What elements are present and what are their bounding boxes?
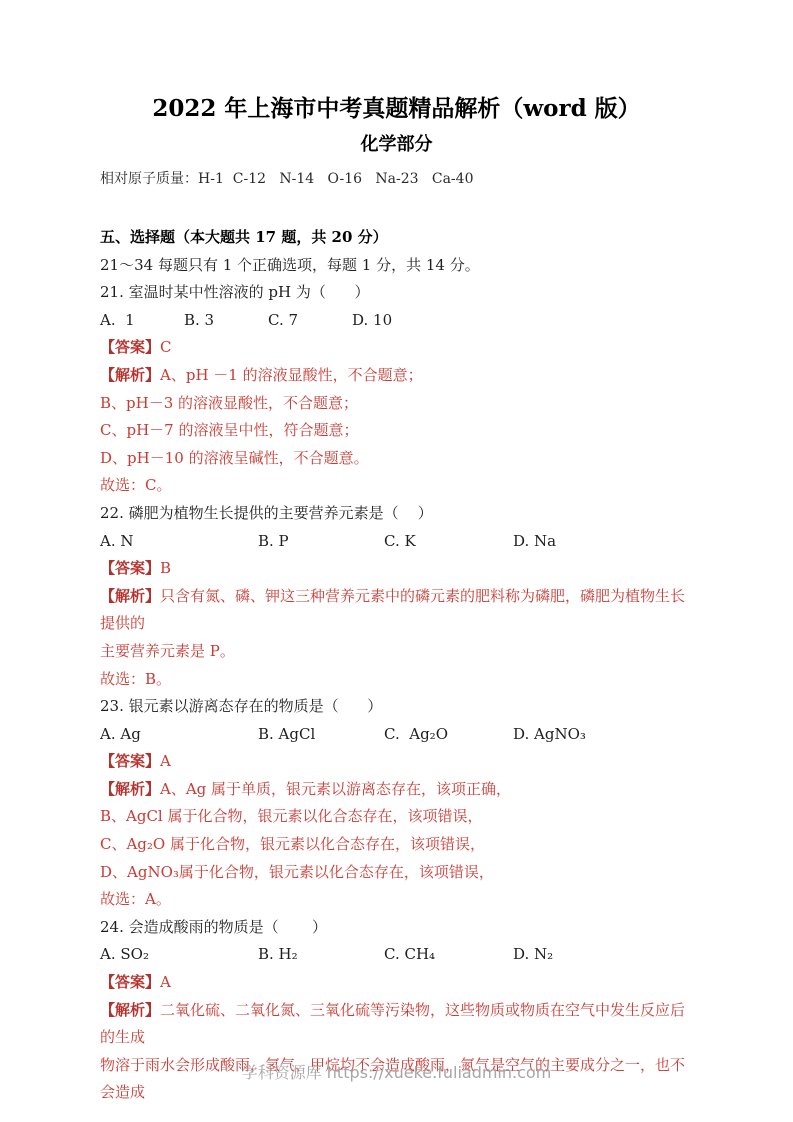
- analysis-label: 【解析】: [100, 587, 160, 605]
- option-b: B. 3: [184, 307, 268, 335]
- options-row: A. SO₂ B. H₂ C. CH₄ D. N₂: [100, 941, 693, 969]
- option-a: A. Ag: [100, 721, 258, 749]
- question-stem: 23. 银元素以游离态存在的物质是（ ）: [100, 693, 693, 721]
- answer-value: A: [160, 752, 171, 770]
- answer-line: 【答案】A: [100, 969, 693, 997]
- options-row: A. N B. P C. K D. Na: [100, 528, 693, 556]
- analysis-line: B、pH－3 的溶液显酸性，不合题意；: [100, 390, 693, 418]
- document-subtitle: 化学部分: [100, 126, 693, 164]
- answer-label: 【答案】: [100, 559, 160, 577]
- answer-value: B: [160, 559, 171, 577]
- analysis-line: 主要营养元素是 P。: [100, 638, 693, 666]
- question-22: 22. 磷肥为植物生长提供的主要营养元素是（ ） A. N B. P C. K …: [100, 500, 693, 693]
- atomic-mass-line: 相对原子质量：H-1 C-12 N-14 O-16 Na-23 Ca-40: [100, 164, 693, 194]
- analysis-line: 【解析】A、pH －1 的溶液显酸性，不合题意；: [100, 362, 693, 390]
- answer-label: 【答案】: [100, 752, 160, 770]
- answer-line: 【答案】B: [100, 555, 693, 583]
- answer-value: A: [160, 973, 171, 991]
- question-stem: 21. 室温时某中性溶液的 pH 为（ ）: [100, 279, 693, 307]
- option-d: D. AgNO₃: [513, 721, 586, 749]
- question-23: 23. 银元素以游离态存在的物质是（ ） A. Ag B. AgCl C. Ag…: [100, 693, 693, 914]
- options-row: A. Ag B. AgCl C. Ag₂O D. AgNO₃: [100, 721, 693, 749]
- option-a: A. SO₂: [100, 941, 258, 969]
- analysis-line: D、AgNO₃属于化合物，银元素以化合态存在，该项错误，: [100, 859, 693, 887]
- document-page: 2022 年上海市中考真题精品解析（word 版） 化学部分 相对原子质量：H-…: [0, 0, 793, 1107]
- conclusion-line: 故选：A。: [100, 886, 693, 914]
- answer-line: 【答案】C: [100, 334, 693, 362]
- analysis-text: A、Ag 属于单质，银元素以游离态存在，该项正确，: [160, 780, 511, 798]
- answer-value: C: [160, 338, 171, 356]
- analysis-text: 二氧化硫、二氧化氮、三氧化硫等污染物，这些物质或物质在空气中发生反应后的生成: [100, 1001, 685, 1047]
- option-a: A. N: [100, 528, 258, 556]
- option-c: C. Ag₂O: [384, 721, 513, 749]
- section-header: 五、选择题（本大题共 17 题，共 20 分）: [100, 224, 693, 252]
- option-c: C. CH₄: [384, 941, 513, 969]
- analysis-text: A、pH －1 的溶液显酸性，不合题意；: [160, 366, 423, 384]
- footer-watermark: 学科资源库 https://xueke.fuliadmin.com: [0, 1058, 793, 1088]
- answer-line: 【答案】A: [100, 748, 693, 776]
- analysis-text: 只含有氮、磷、钾这三种营养元素中的磷元素的肥料称为磷肥，磷肥为植物生长提供的: [100, 587, 685, 633]
- option-d: D. 10: [352, 307, 392, 335]
- option-c: C. K: [384, 528, 513, 556]
- answer-label: 【答案】: [100, 338, 160, 356]
- option-b: B. P: [258, 528, 384, 556]
- analysis-line: C、pH－7 的溶液呈中性，符合题意；: [100, 417, 693, 445]
- analysis-label: 【解析】: [100, 1001, 160, 1019]
- question-stem: 24. 会造成酸雨的物质是（ ）: [100, 914, 693, 942]
- answer-label: 【答案】: [100, 973, 160, 991]
- section-note: 21～34 每题只有 1 个正确选项，每题 1 分，共 14 分。: [100, 252, 693, 280]
- option-b: B. H₂: [258, 941, 384, 969]
- analysis-line: 【解析】A、Ag 属于单质，银元素以游离态存在，该项正确，: [100, 776, 693, 804]
- option-d: D. N₂: [513, 941, 553, 969]
- analysis-line: 【解析】只含有氮、磷、钾这三种营养元素中的磷元素的肥料称为磷肥，磷肥为植物生长提…: [100, 583, 693, 638]
- analysis-label: 【解析】: [100, 366, 160, 384]
- option-a: A. 1: [100, 307, 184, 335]
- conclusion-line: 故选：C。: [100, 472, 693, 500]
- analysis-line: D、pH－10 的溶液呈碱性，不合题意。: [100, 445, 693, 473]
- option-b: B. AgCl: [258, 721, 384, 749]
- question-21: 21. 室温时某中性溶液的 pH 为（ ） A. 1 B. 3 C. 7 D. …: [100, 279, 693, 500]
- options-row: A. 1 B. 3 C. 7 D. 10: [100, 307, 693, 335]
- document-title: 2022 年上海市中考真题精品解析（word 版）: [100, 92, 693, 126]
- option-c: C. 7: [268, 307, 352, 335]
- analysis-line: 【解析】二氧化硫、二氧化氮、三氧化硫等污染物，这些物质或物质在空气中发生反应后的…: [100, 997, 693, 1052]
- analysis-line: C、Ag₂O 属于化合物，银元素以化合态存在，该项错误，: [100, 831, 693, 859]
- analysis-label: 【解析】: [100, 780, 160, 798]
- option-d: D. Na: [513, 528, 556, 556]
- question-stem: 22. 磷肥为植物生长提供的主要营养元素是（ ）: [100, 500, 693, 528]
- analysis-line: B、AgCl 属于化合物，银元素以化合态存在，该项错误，: [100, 803, 693, 831]
- conclusion-line: 故选：B。: [100, 666, 693, 694]
